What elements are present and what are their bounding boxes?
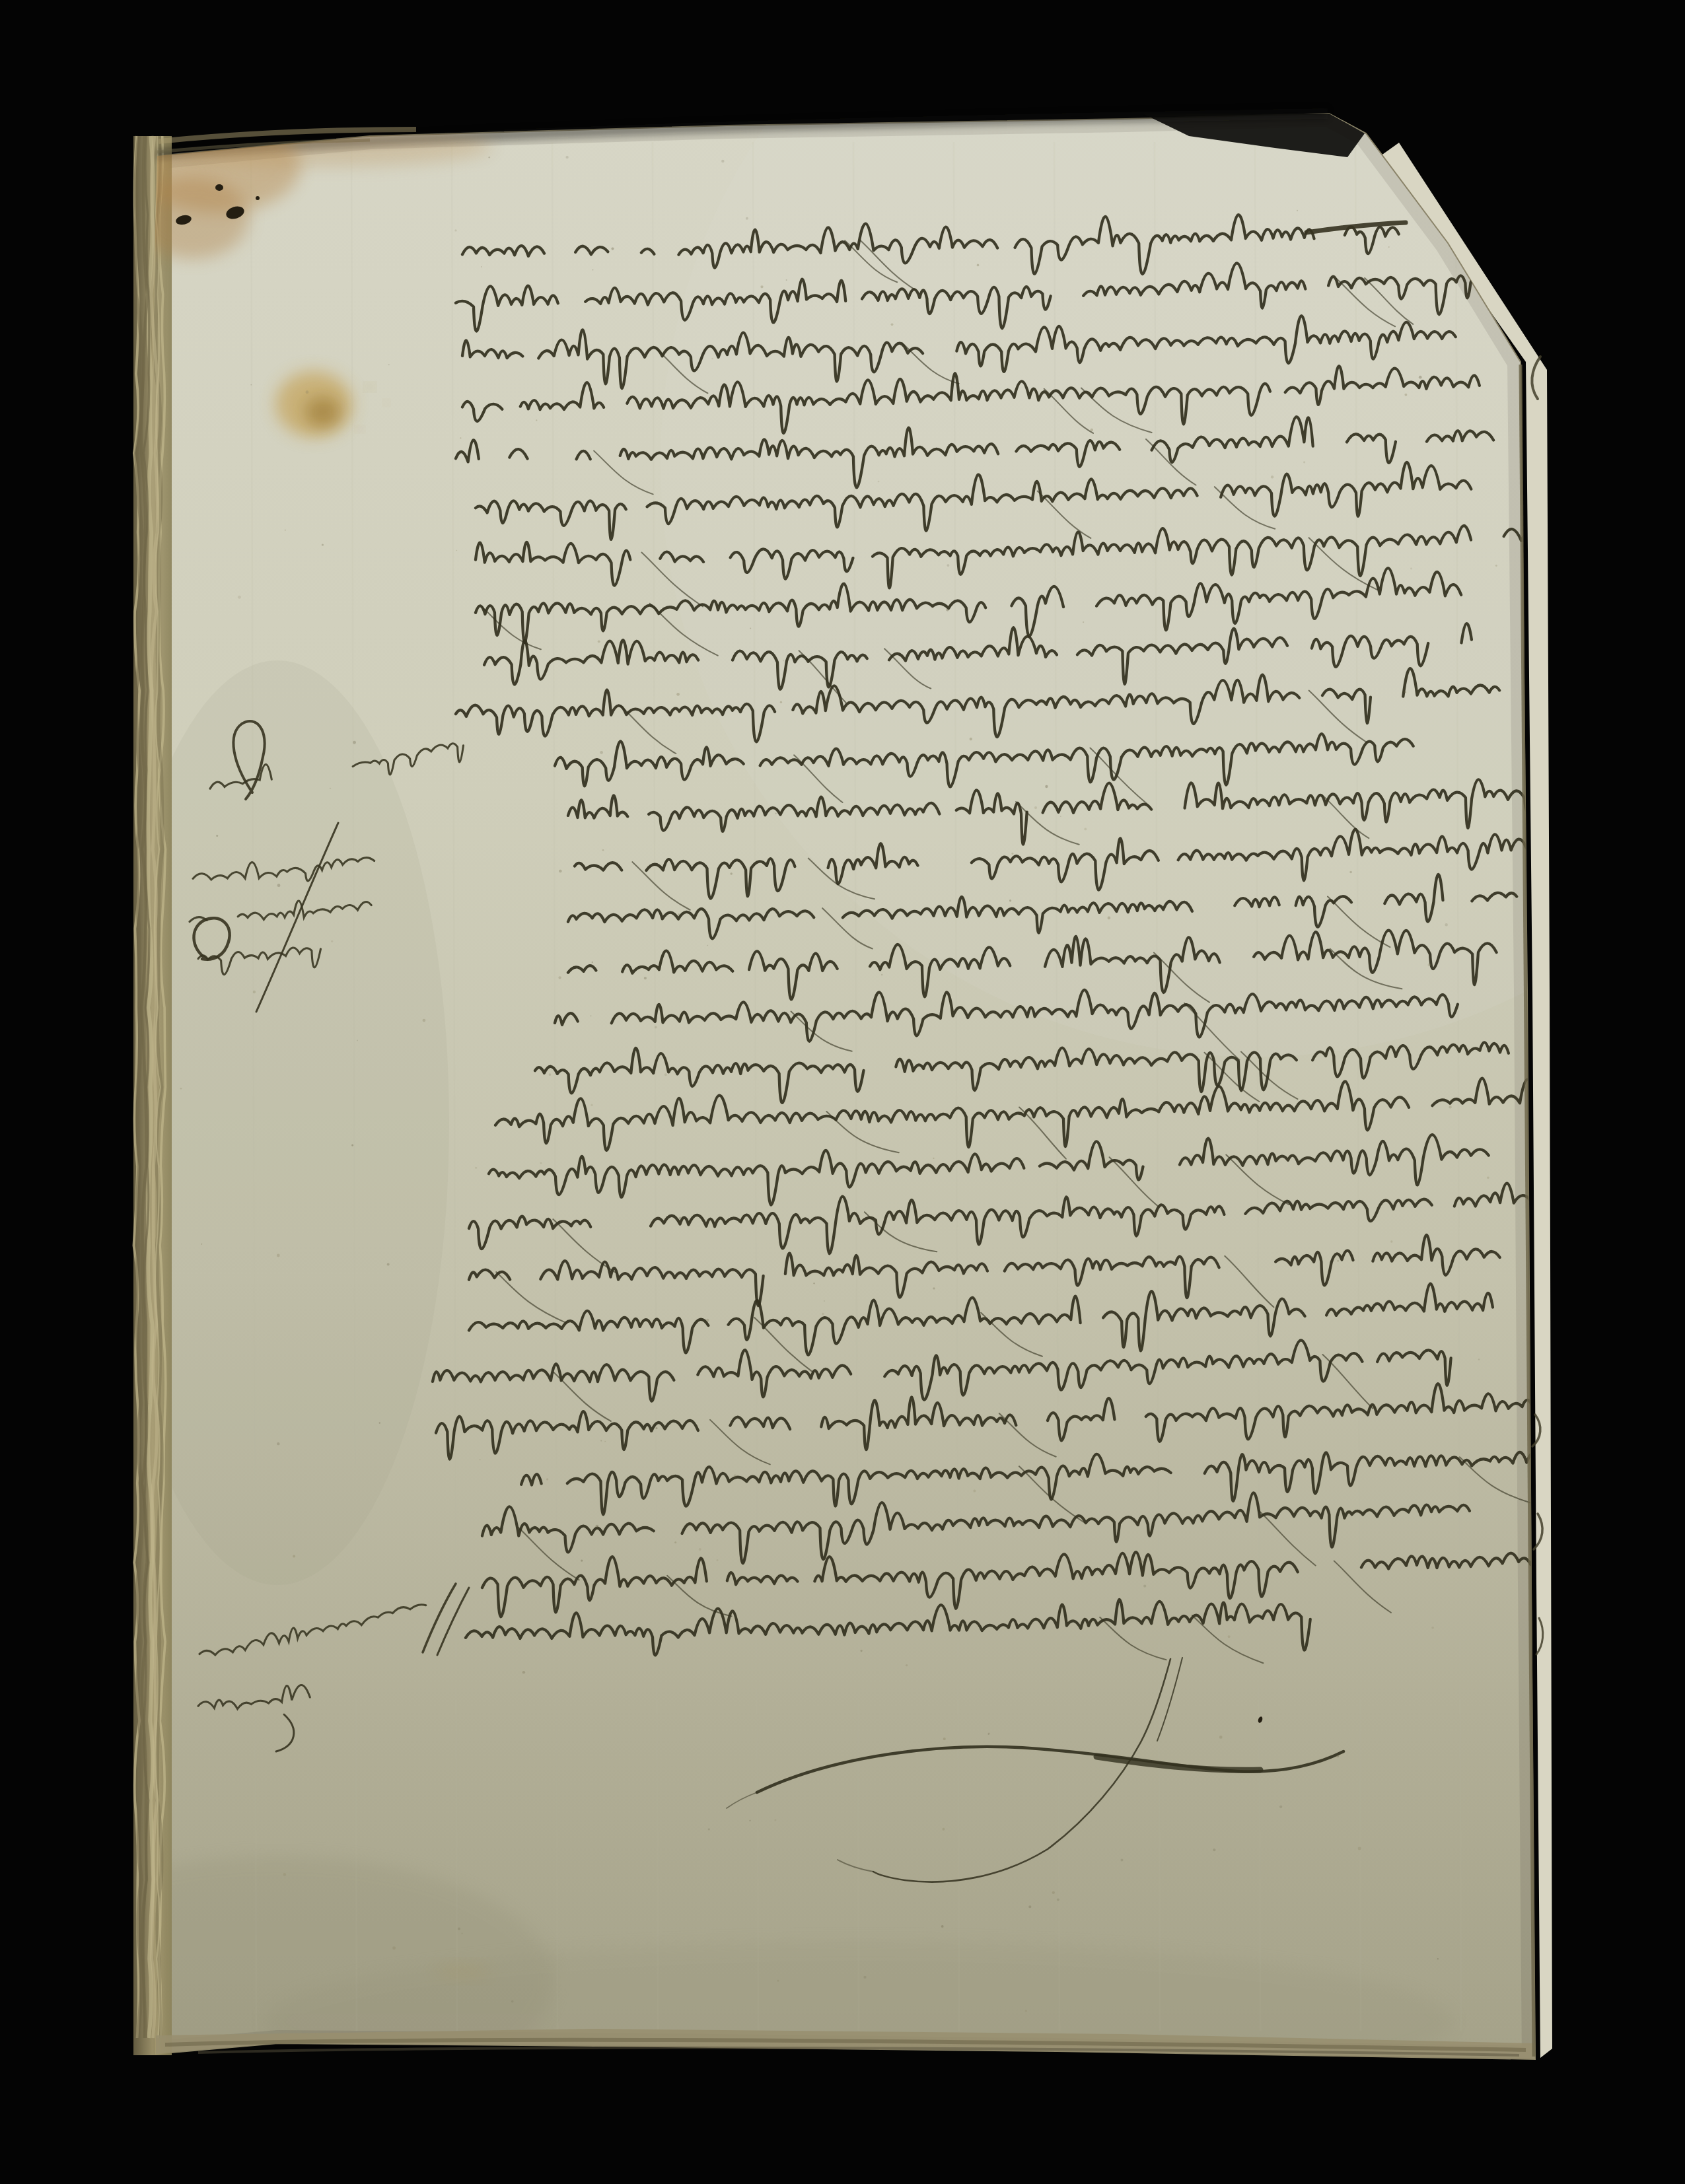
scene-svg — [0, 0, 1685, 2184]
manuscript-photo: Photographed early-modern handwritten ma… — [0, 0, 1685, 2184]
